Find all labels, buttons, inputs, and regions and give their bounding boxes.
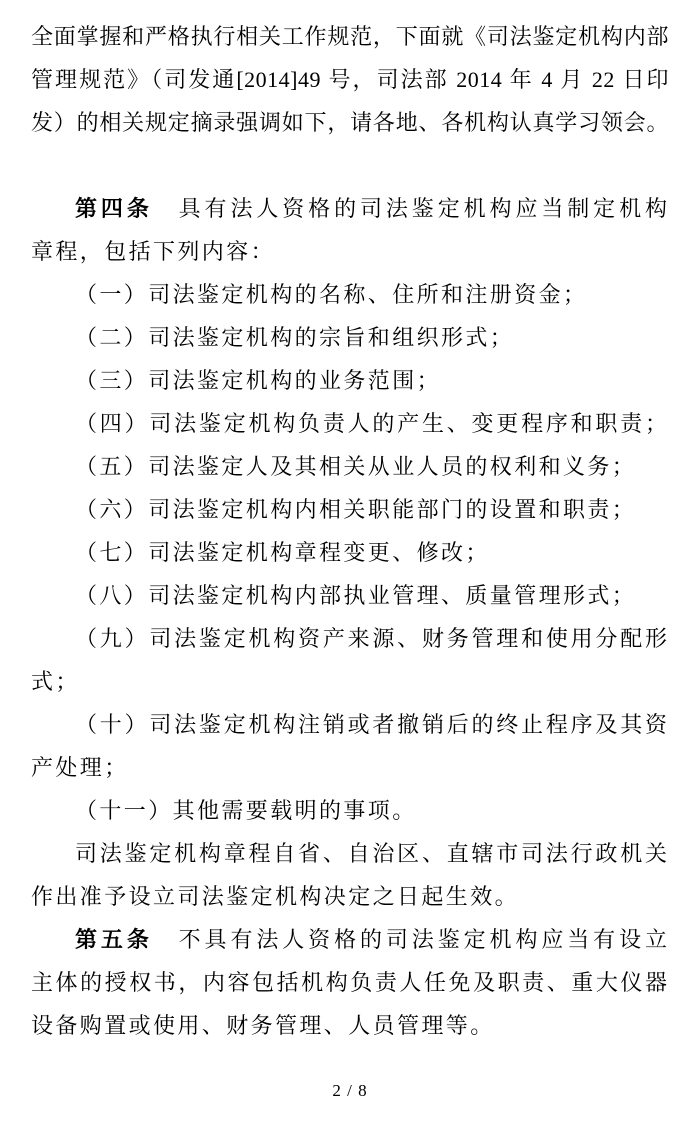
- article-5-number: 第五条: [75, 927, 153, 952]
- text-line: （五）司法鉴定人及其相关从业人员的权利和义务；: [31, 445, 669, 488]
- text-line: 章程，包括下列内容：: [31, 230, 669, 273]
- article-4-item-2: （二）司法鉴定机构的宗旨和组织形式；: [31, 316, 669, 359]
- text-line: （二）司法鉴定机构的宗旨和组织形式；: [31, 316, 669, 359]
- blank-line: [31, 144, 669, 187]
- text-line: 第五条 不具有法人资格的司法鉴定机构应当有设立: [31, 918, 669, 961]
- text-line: （一）司法鉴定机构的名称、住所和注册资金；: [31, 273, 669, 316]
- text-line: （四）司法鉴定机构负责人的产生、变更程序和职责；: [31, 402, 669, 445]
- text-line: 第四条 具有法人资格的司法鉴定机构应当制定机构: [31, 187, 669, 230]
- text-line: 司法鉴定机构章程自省、自治区、直辖市司法行政机关: [31, 832, 669, 875]
- text-line: 全面掌握和严格执行相关工作规范，下面就《司法鉴定机构内部: [31, 15, 669, 58]
- page-footer: 2 / 8: [0, 1081, 700, 1101]
- article-5-opening-text: 不具有法人资格的司法鉴定机构应当有设立: [153, 927, 669, 952]
- text-line: 作出准予设立司法鉴定机构决定之日起生效。: [31, 875, 669, 918]
- article-4-item-5: （五）司法鉴定人及其相关从业人员的权利和义务；: [31, 445, 669, 488]
- document-page: 全面掌握和严格执行相关工作规范，下面就《司法鉴定机构内部 管理规范》（司发通[2…: [0, 0, 700, 1142]
- paragraph-intro: 全面掌握和严格执行相关工作规范，下面就《司法鉴定机构内部 管理规范》（司发通[2…: [31, 15, 669, 144]
- article-4-item-4: （四）司法鉴定机构负责人的产生、变更程序和职责；: [31, 402, 669, 445]
- text-line: 发）的相关规定摘录强调如下，请各地、各机构认真学习领会。: [31, 101, 669, 144]
- text-line: （八）司法鉴定机构内部执业管理、质量管理形式；: [31, 574, 669, 617]
- text-line: 式；: [31, 660, 669, 703]
- text-line: （十）司法鉴定机构注销或者撤销后的终止程序及其资: [31, 703, 669, 746]
- article-4-item-10: （十）司法鉴定机构注销或者撤销后的终止程序及其资 产处理；: [31, 703, 669, 789]
- article-4-item-1: （一）司法鉴定机构的名称、住所和注册资金；: [31, 273, 669, 316]
- paragraph-article-5: 第五条 不具有法人资格的司法鉴定机构应当有设立 主体的授权书，内容包括机构负责人…: [31, 918, 669, 1047]
- paragraph-article-4-effective: 司法鉴定机构章程自省、自治区、直辖市司法行政机关 作出准予设立司法鉴定机构决定之…: [31, 832, 669, 918]
- article-4-item-11: （十一）其他需要载明的事项。: [31, 789, 669, 832]
- page-indicator: 2 / 8: [332, 1081, 367, 1100]
- article-4-opening-text: 具有法人资格的司法鉴定机构应当制定机构: [153, 196, 669, 221]
- text-line: 设备购置或使用、财务管理、人员管理等。: [31, 1004, 669, 1047]
- text-line: （六）司法鉴定机构内相关职能部门的设置和职责；: [31, 488, 669, 531]
- text-line: （七）司法鉴定机构章程变更、修改；: [31, 531, 669, 574]
- text-line: （三）司法鉴定机构的业务范围；: [31, 359, 669, 402]
- article-4-item-3: （三）司法鉴定机构的业务范围；: [31, 359, 669, 402]
- document-body: 全面掌握和严格执行相关工作规范，下面就《司法鉴定机构内部 管理规范》（司发通[2…: [0, 0, 700, 1047]
- text-line: （十一）其他需要载明的事项。: [31, 789, 669, 832]
- article-4-item-7: （七）司法鉴定机构章程变更、修改；: [31, 531, 669, 574]
- article-4-item-8: （八）司法鉴定机构内部执业管理、质量管理形式；: [31, 574, 669, 617]
- text-line: 管理规范》（司发通[2014]49 号，司法部 2014 年 4 月 22 日印: [31, 58, 669, 101]
- article-4-number: 第四条: [75, 196, 153, 221]
- article-4-item-9: （九）司法鉴定机构资产来源、财务管理和使用分配形 式；: [31, 617, 669, 703]
- text-line: （九）司法鉴定机构资产来源、财务管理和使用分配形: [31, 617, 669, 660]
- paragraph-article-4-opening: 第四条 具有法人资格的司法鉴定机构应当制定机构 章程，包括下列内容：: [31, 187, 669, 273]
- text-line: 产处理；: [31, 746, 669, 789]
- text-line: 主体的授权书，内容包括机构负责人任免及职责、重大仪器: [31, 961, 669, 1004]
- article-4-item-6: （六）司法鉴定机构内相关职能部门的设置和职责；: [31, 488, 669, 531]
